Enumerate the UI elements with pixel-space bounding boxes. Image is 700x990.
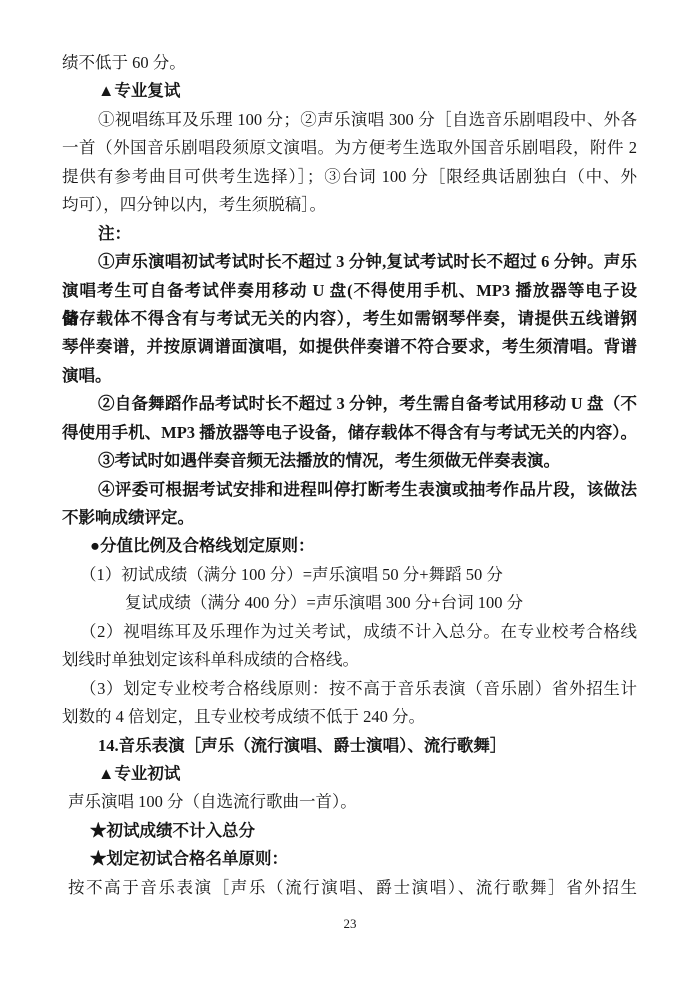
note-4-line-2: 不影响成绩评定。 bbox=[62, 504, 637, 532]
line-retest-score-formula: 复试成绩（满分 400 分）=声乐演唱 300 分+台词 100 分 bbox=[62, 589, 637, 617]
note-1-line-4: 琴伴奏谱，并按原调谱面演唱，如提供伴奏谱不符合要求，考生须清唱。背谱 bbox=[62, 333, 637, 361]
document-page: 绩不低于 60 分。 ▲专业复试 ①视唱练耳及乐理 100 分；②声乐演唱 30… bbox=[0, 0, 700, 990]
para-retest-subjects-line-4: 均可），四分钟以内，考生须脱稿］。 bbox=[62, 191, 637, 219]
note-2-line-1: ②自备舞蹈作品考试时长不超过 3 分钟，考生需自备考试用移动 U 盘（不 bbox=[62, 390, 637, 418]
heading-major-14-music-performance: 14.音乐表演［声乐（流行演唱、爵士演唱）、流行歌舞］ bbox=[62, 732, 637, 760]
page-number: 23 bbox=[0, 916, 700, 932]
para-retest-subjects-line-1: ①视唱练耳及乐理 100 分；②声乐演唱 300 分［自选音乐剧唱段中、外各 bbox=[62, 106, 637, 134]
para-pass-list-rule-line-1: 按不高于音乐表演［声乐（流行演唱、爵士演唱）、流行歌舞］省外招生 bbox=[62, 874, 637, 902]
document-text-block: 绩不低于 60 分。 ▲专业复试 ①视唱练耳及乐理 100 分；②声乐演唱 30… bbox=[62, 49, 637, 902]
line-initial-score-not-counted: ★初试成绩不计入总分 bbox=[62, 817, 637, 845]
para-passline-rule-line-2: 划数的 4 倍划定，且专业校考成绩不低于 240 分。 bbox=[62, 703, 637, 731]
para-passline-rule-line-1: （3）划定专业校考合格线原则：按不高于音乐表演（音乐剧）省外招生计 bbox=[62, 675, 637, 703]
heading-initial-pass-list-rule: ★划定初试合格名单原则： bbox=[62, 845, 637, 873]
note-3-line: ③考试时如遇伴奏音频无法播放的情况，考生须做无伴奏表演。 bbox=[62, 447, 637, 475]
line-initial-test-content: 声乐演唱 100 分（自选流行歌曲一首）。 bbox=[62, 788, 637, 816]
note-1-line-5: 演唱。 bbox=[62, 362, 637, 390]
para-retest-subjects-line-3: 提供有参考曲目可供考生选择）］；③台词 100 分［限经典话剧独白（中、外 bbox=[62, 163, 637, 191]
note-1-line-1: ①声乐演唱初试考试时长不超过 3 分钟,复试考试时长不超过 6 分钟。声乐 bbox=[62, 248, 637, 276]
note-1-line-3: 储存载体不得含有与考试无关的内容），考生如需钢琴伴奏，请提供五线谱钢 bbox=[62, 305, 637, 333]
note-2-line-2: 得使用手机、MP3 播放器等电子设备，储存载体不得含有与考试无关的内容）。 bbox=[62, 419, 637, 447]
heading-major-initial-test: ▲专业初试 bbox=[62, 760, 637, 788]
doc-line-continuation: 绩不低于 60 分。 bbox=[62, 49, 637, 77]
para-sightsinging-rule-line-2: 划线时单独划定该科单科成绩的合格线。 bbox=[62, 646, 637, 674]
heading-major-retest: ▲专业复试 bbox=[62, 77, 637, 105]
para-retest-subjects-line-2: 一首（外国音乐剧唱段须原文演唱。为方便考生选取外国音乐剧唱段，附件 2 bbox=[62, 134, 637, 162]
note-4-line-1: ④评委可根据考试安排和进程叫停打断考生表演或抽考作品片段，该做法 bbox=[62, 476, 637, 504]
para-sightsinging-rule-line-1: （2）视唱练耳及乐理作为过关考试，成绩不计入总分。在专业校考合格线 bbox=[62, 618, 637, 646]
note-label: 注： bbox=[62, 220, 637, 248]
note-1-line-2: 演唱考生可自备考试伴奏用移动 U 盘(不得使用手机、MP3 播放器等电子设备， bbox=[62, 277, 637, 305]
line-initial-score-formula: （1）初试成绩（满分 100 分）=声乐演唱 50 分+舞蹈 50 分 bbox=[62, 561, 637, 589]
heading-score-ratio-rules: ●分值比例及合格线划定原则： bbox=[62, 532, 637, 560]
